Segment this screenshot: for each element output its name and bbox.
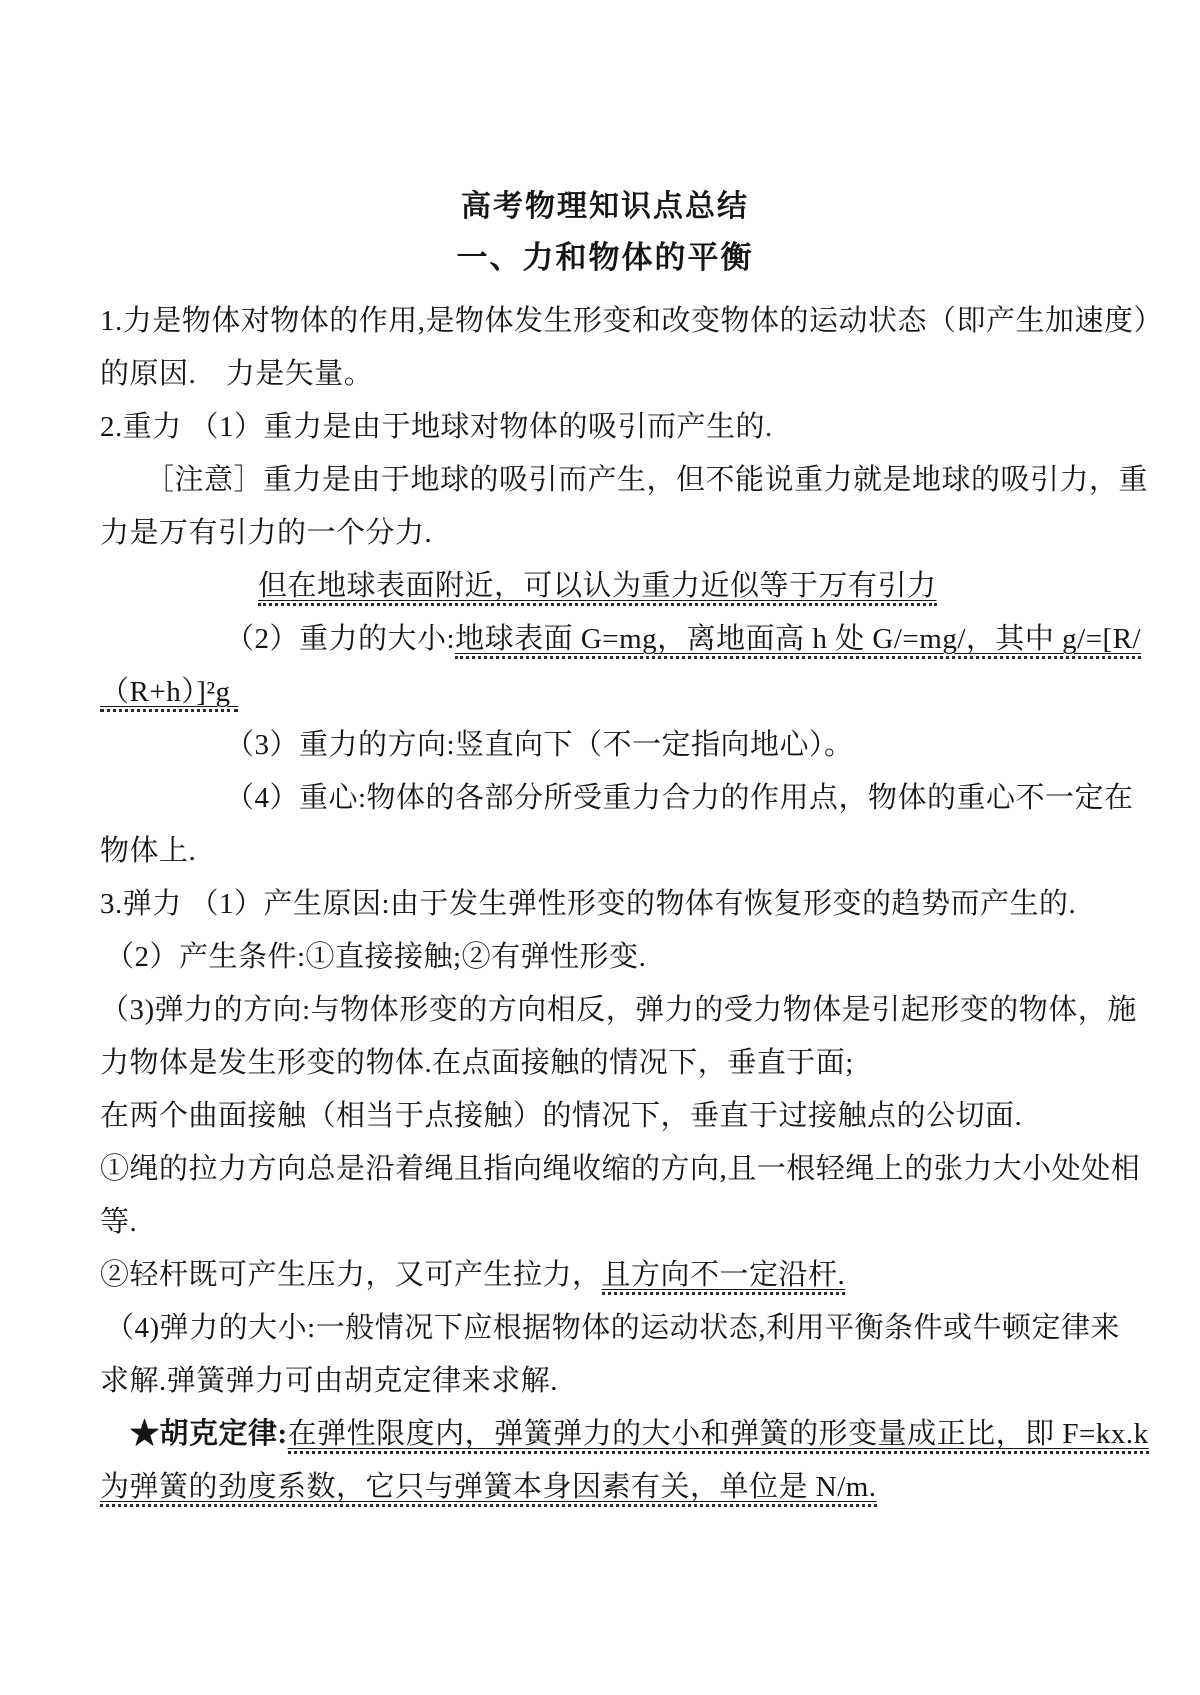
text-line: （R+h）]²g xyxy=(100,666,1110,719)
underlined-text: 在弹性限度内，弹簧弹力的大小和弹簧的形变量成正比，即 F=kx.k xyxy=(288,1418,1149,1454)
text-segment: （2）产生条件:①直接接触;②有弹性形变. xyxy=(105,941,646,973)
text-line: （4)弹力的大小:一般情况下应根据物体的运动状态,利用平衡条件或牛顿定律来 xyxy=(100,1302,1110,1355)
text-segment: 1.力是物体对物体的作用,是物体发生形变和改变物体的运动状态（即产生加速度） xyxy=(100,305,1163,337)
text-segment: 等. xyxy=(100,1206,137,1238)
text-line: ［注意］重力是由于地球的吸引而产生，但不能说重力就是地球的吸引力，重 xyxy=(100,454,1110,507)
text-line: （4）重心:物体的各部分所受重力合力的作用点，物体的重心不一定在 xyxy=(100,772,1110,825)
text-segment: （3）重力的方向:竖直向下（不一定指向地心）。 xyxy=(225,729,854,761)
document-content: 高考物理知识点总结 一、力和物体的平衡 1.力是物体对物体的作用,是物体发生形变… xyxy=(0,0,1200,1514)
text-segment: 2.重力 （1）重力是由于地球对物体的吸引而产生的. xyxy=(100,411,773,443)
text-line: 2.重力 （1）重力是由于地球对物体的吸引而产生的. xyxy=(100,401,1110,454)
underlined-text: 但在地球表面附近，可以认为重力近似等于万有引力 xyxy=(258,570,937,606)
text-segment: 的原因. 力是矢量。 xyxy=(100,358,373,390)
text-line: 1.力是物体对物体的作用,是物体发生形变和改变物体的运动状态（即产生加速度） xyxy=(100,295,1110,348)
text-line: （3）重力的方向:竖直向下（不一定指向地心）。 xyxy=(100,719,1110,772)
text-segment: 力是万有引力的一个分力. xyxy=(100,517,432,549)
text-segment: 求解.弹簧弹力可由胡克定律来求解. xyxy=(100,1365,558,1397)
text-line: 求解.弹簧弹力可由胡克定律来求解. xyxy=(100,1355,1110,1408)
text-line: 但在地球表面附近，可以认为重力近似等于万有引力 xyxy=(100,560,1110,613)
underlined-text: 地球表面 G=mg，离地面高 h 处 G/=mg/，其中 g/=[R/ xyxy=(455,623,1141,659)
underlined-text: 为弹簧的劲度系数，它只与弹簧本身因素有关，单位是 N/m. xyxy=(100,1471,877,1507)
text-segment: （2）重力的大小: xyxy=(225,623,455,655)
document-body: 1.力是物体对物体的作用,是物体发生形变和改变物体的运动状态（即产生加速度）的原… xyxy=(100,295,1110,1514)
text-line: 物体上. xyxy=(100,825,1110,878)
emphasis-text: ★胡克定律: xyxy=(130,1418,288,1450)
text-line: （2）产生条件:①直接接触;②有弹性形变. xyxy=(100,931,1110,984)
text-line: 力是万有引力的一个分力. xyxy=(100,507,1110,560)
text-line: 力物体是发生形变的物体.在点面接触的情况下，垂直于面; xyxy=(100,1037,1110,1090)
text-segment: 力物体是发生形变的物体.在点面接触的情况下，垂直于面; xyxy=(100,1047,854,1079)
text-line: （2）重力的大小:地球表面 G=mg，离地面高 h 处 G/=mg/，其中 g/… xyxy=(100,613,1110,666)
document-page: 高考物理知识点总结 一、力和物体的平衡 1.力是物体对物体的作用,是物体发生形变… xyxy=(0,0,1200,1695)
underlined-text: 且方向不一定沿杆. xyxy=(602,1259,846,1295)
section-heading: 一、力和物体的平衡 xyxy=(100,233,1110,283)
text-segment: （4)弹力的大小:一般情况下应根据物体的运动状态,利用平衡条件或牛顿定律来 xyxy=(105,1312,1120,1344)
underlined-text: （R+h）]²g xyxy=(100,676,238,712)
text-segment: （4）重心:物体的各部分所受重力合力的作用点，物体的重心不一定在 xyxy=(225,782,1134,814)
text-segment: ①绳的拉力方向总是沿着绳且指向绳收缩的方向,且一根轻绳上的张力大小处处相 xyxy=(100,1153,1140,1185)
text-line: 的原因. 力是矢量。 xyxy=(100,348,1110,401)
text-line: ②轻杆既可产生压力，又可产生拉力，且方向不一定沿杆. xyxy=(100,1249,1110,1302)
text-segment: 物体上. xyxy=(100,835,196,867)
text-segment: ［注意］重力是由于地球的吸引而产生，但不能说重力就是地球的吸引力，重 xyxy=(145,464,1148,496)
text-segment: 3.弹力 （1）产生原因:由于发生弹性形变的物体有恢复形变的趋势而产生的. xyxy=(100,888,1076,920)
text-segment: ②轻杆既可产生压力，又可产生拉力， xyxy=(100,1259,602,1291)
text-line: 在两个曲面接触（相当于点接触）的情况下，垂直于过接触点的公切面. xyxy=(100,1090,1110,1143)
text-line: 3.弹力 （1）产生原因:由于发生弹性形变的物体有恢复形变的趋势而产生的. xyxy=(100,878,1110,931)
text-line: ①绳的拉力方向总是沿着绳且指向绳收缩的方向,且一根轻绳上的张力大小处处相 xyxy=(100,1143,1110,1196)
text-line: （3)弹力的方向:与物体形变的方向相反，弹力的受力物体是引起形变的物体，施 xyxy=(100,984,1110,1037)
text-line: 等. xyxy=(100,1196,1110,1249)
text-segment: （3)弹力的方向:与物体形变的方向相反，弹力的受力物体是引起形变的物体，施 xyxy=(100,994,1137,1026)
text-segment: 在两个曲面接触（相当于点接触）的情况下，垂直于过接触点的公切面. xyxy=(100,1100,1022,1132)
document-title: 高考物理知识点总结 xyxy=(100,183,1110,231)
text-line: ★胡克定律:在弹性限度内，弹簧弹力的大小和弹簧的形变量成正比，即 F=kx.k xyxy=(100,1408,1110,1461)
text-line: 为弹簧的劲度系数，它只与弹簧本身因素有关，单位是 N/m. xyxy=(100,1461,1110,1514)
